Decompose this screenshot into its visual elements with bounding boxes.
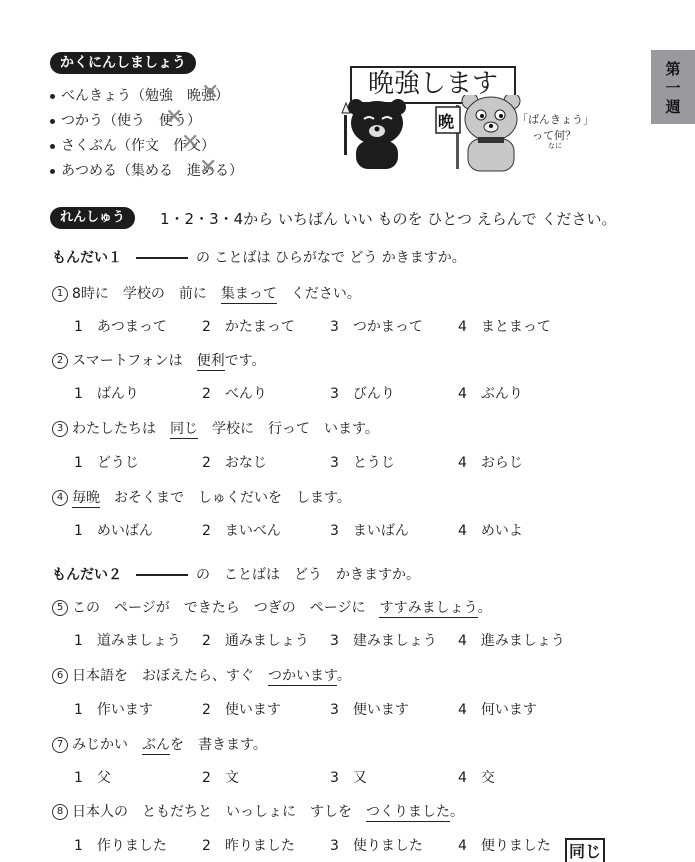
review-item: さくぶん（作文 作父✕）	[50, 135, 215, 155]
tab-char: 第	[651, 60, 695, 79]
question-number: 2	[52, 353, 68, 369]
question-number: 7	[52, 737, 68, 753]
tab-char: 一	[651, 79, 695, 98]
option-4[interactable]: 4ぶんり	[458, 383, 523, 403]
review-item: べんきょう（勉強 晩強✕）	[50, 85, 229, 105]
question: 6日本語を おぼえたら、すぐ つかいます。	[52, 665, 351, 685]
option-1[interactable]: 1あつまって	[74, 316, 167, 336]
question: 18時に 学校の 前に 集まって ください。	[52, 283, 361, 303]
week-tab: 第 一 週	[651, 50, 695, 124]
question: 4毎晩 おそくまで しゅくだいを します。	[52, 487, 351, 507]
option-2[interactable]: 2おなじ	[202, 452, 267, 472]
underlined-word: 集まって	[221, 286, 277, 304]
option-4[interactable]: 4めいよ	[458, 520, 523, 540]
question-number: 1	[52, 286, 68, 302]
section-label: もんだい１	[52, 250, 122, 266]
option-1[interactable]: 1ばんり	[74, 383, 139, 403]
option-4[interactable]: 4おらじ	[458, 452, 523, 472]
tab-char: 週	[651, 98, 695, 117]
option-3[interactable]: 3建みましょう	[330, 630, 437, 650]
option-4[interactable]: 4交	[458, 767, 495, 787]
underlined-word: 便利	[197, 353, 225, 371]
wrong-kanji: 作父✕	[173, 135, 201, 155]
section-header: もんだい１の ことばは ひらがなで どう かきますか。	[52, 247, 466, 267]
reading: あつめる	[61, 163, 117, 179]
review-title: かくにんしましょう	[50, 52, 196, 74]
option-4[interactable]: 4まとまって	[458, 316, 551, 336]
underlined-word: ぶん	[142, 737, 170, 755]
question-number: 5	[52, 600, 68, 616]
question: 8日本人の ともだちと いっしょに すしを つくりました。	[52, 801, 464, 821]
option-4[interactable]: 4進みましょう	[458, 630, 565, 650]
option-2[interactable]: 2べんり	[202, 383, 267, 403]
correct-kanji: 作文	[131, 138, 159, 154]
option-3[interactable]: 3とうじ	[330, 452, 395, 472]
blank-line	[136, 257, 188, 259]
option-3[interactable]: 3まいばん	[330, 520, 409, 540]
underlined-word: つくりました	[366, 804, 450, 822]
option-3[interactable]: 3つかまって	[330, 316, 423, 336]
svg-text:晩: 晩	[438, 112, 454, 131]
option-3[interactable]: 3びんり	[330, 383, 395, 403]
option-3[interactable]: 3便います	[330, 699, 409, 719]
option-1[interactable]: 1道みましょう	[74, 630, 181, 650]
question-number: 6	[52, 668, 68, 684]
section-prompt: の ことばは どう かきますか。	[196, 567, 420, 583]
practice-instruction: 1・2・3・4から いちばん いい ものを ひとつ えらんで ください。	[160, 208, 617, 229]
cross-mark-icon: ✕	[165, 107, 183, 129]
section-header: もんだい２の ことばは どう かきますか。	[52, 564, 420, 584]
option-1[interactable]: 1作りました	[74, 835, 167, 855]
underlined-word: すすみましょう	[379, 600, 477, 618]
reading: つかう	[61, 113, 103, 129]
wrong-kanji: 便う✕	[159, 110, 187, 130]
bullet-icon	[50, 94, 55, 99]
option-1[interactable]: 1どうじ	[74, 452, 139, 472]
option-2[interactable]: 2かたまって	[202, 316, 295, 336]
bears-icon: 晩	[328, 95, 528, 175]
question-number: 3	[52, 421, 68, 437]
underlined-word: 毎晩	[72, 490, 100, 508]
correct-kanji: 勉強	[145, 88, 173, 104]
option-3[interactable]: 3又	[330, 767, 367, 787]
correct-kanji: 使う	[117, 113, 145, 129]
question: 5この ページが できたら つぎの ページに すすみましょう。	[52, 597, 492, 617]
wrong-kanji: 晩強✕	[187, 85, 215, 105]
cross-mark-icon: ✕	[201, 82, 219, 104]
option-1[interactable]: 1父	[74, 767, 111, 787]
bullet-icon	[50, 119, 55, 124]
review-item: あつめる（集める 進める✕）	[50, 160, 243, 180]
wrong-kanji: 進める✕	[187, 160, 229, 180]
correct-kanji: 集める	[131, 163, 173, 179]
option-1[interactable]: 1作います	[74, 699, 153, 719]
option-1[interactable]: 1めいばん	[74, 520, 153, 540]
option-2[interactable]: 2通みましょう	[202, 630, 309, 650]
same-stamp: 同じ	[565, 838, 605, 862]
option-4[interactable]: 4何います	[458, 699, 537, 719]
reading: さくぶん	[61, 138, 117, 154]
cross-mark-icon: ✕	[199, 157, 217, 179]
bullet-icon	[50, 169, 55, 174]
option-2[interactable]: 2まいべん	[202, 520, 281, 540]
blank-line	[136, 574, 188, 576]
practice-label: れんしゅう	[50, 207, 135, 229]
option-2[interactable]: 2昨りました	[202, 835, 295, 855]
question-number: 8	[52, 804, 68, 820]
option-4[interactable]: 4便りました	[458, 835, 551, 855]
option-2[interactable]: 2文	[202, 767, 239, 787]
reading: べんきょう	[61, 88, 131, 104]
option-2[interactable]: 2使います	[202, 699, 281, 719]
cross-mark-icon: ✕	[181, 132, 199, 154]
section-label: もんだい２	[52, 567, 122, 583]
ruby-text: なに	[548, 141, 562, 151]
question: 7みじかい ぶんを 書きます。	[52, 734, 267, 754]
question: 2スマートフォンは 便利です。	[52, 350, 266, 370]
speech-text: 「ばんきょう」	[517, 111, 594, 127]
question-number: 4	[52, 490, 68, 506]
review-item: つかう（使う 便う✕）	[50, 110, 201, 130]
bullet-icon	[50, 144, 55, 149]
section-prompt: の ことばは ひらがなで どう かきますか。	[196, 250, 466, 266]
question: 3わたしたちは 同じ 学校に 行って います。	[52, 418, 379, 438]
option-3[interactable]: 3使りました	[330, 835, 423, 855]
underlined-word: 同じ	[170, 421, 198, 439]
underlined-word: つかいます	[268, 668, 337, 686]
